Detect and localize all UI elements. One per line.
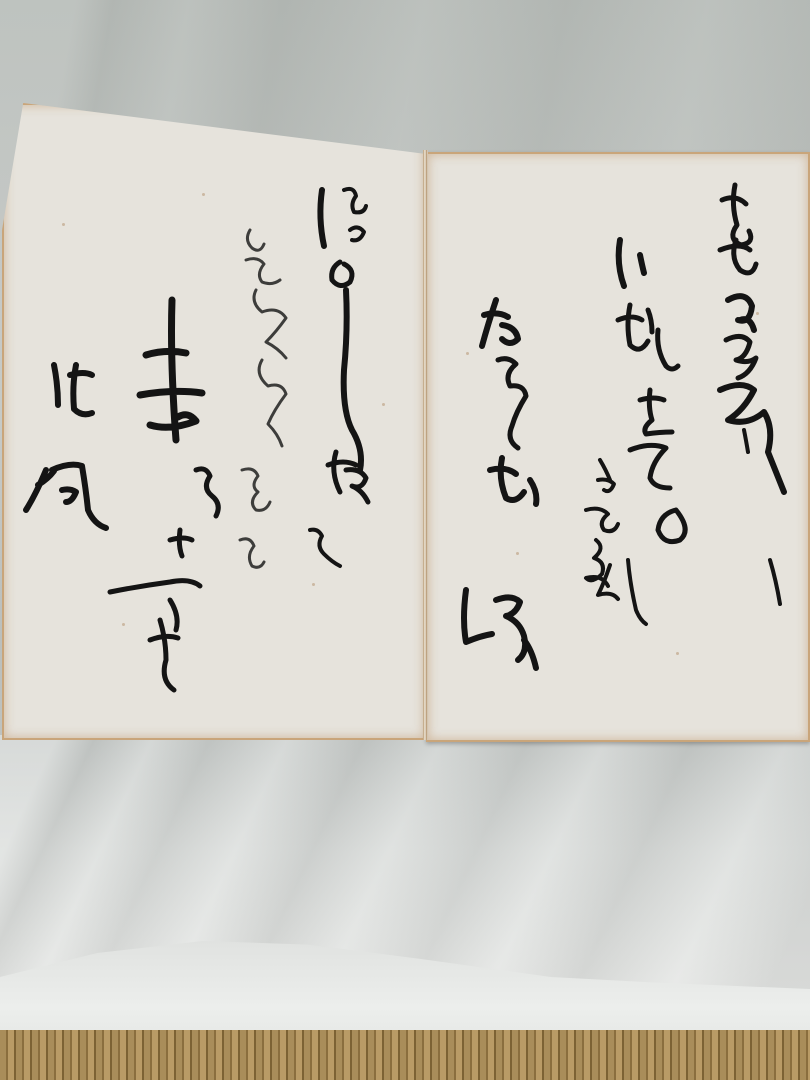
tatami-mat [0, 1030, 810, 1080]
left-shikishi-board [2, 103, 426, 740]
board-spine [423, 150, 428, 740]
right-shikishi-board [426, 152, 810, 742]
photo-scene: まちかちて いたさての よろめたし なくむ頃、 ほのしまさ めくろうする まうさ… [0, 0, 810, 1080]
